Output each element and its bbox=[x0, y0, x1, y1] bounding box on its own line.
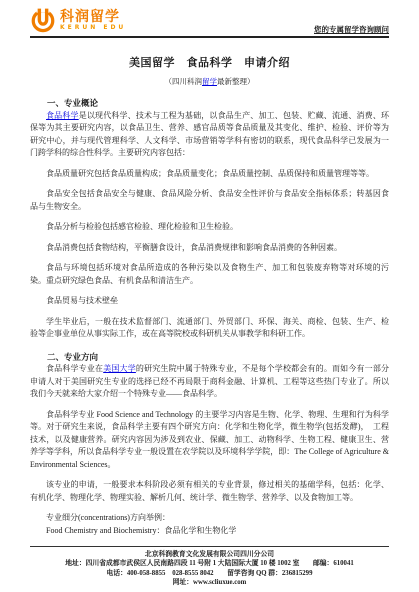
inline-link[interactable]: 食品科学 bbox=[46, 111, 79, 120]
body-paragraph: Food Chemistry and Biochemistry：食品化学和生物化… bbox=[30, 525, 389, 538]
page-title: 美国留学 食品科学 申请介绍 bbox=[30, 54, 389, 70]
body-paragraph: 食品贸易与技术壁垒 bbox=[30, 295, 389, 308]
subtitle-suffix: 最新整理） bbox=[217, 77, 255, 86]
footer-website: 网址：www.scliuxue.com bbox=[30, 578, 389, 587]
body-paragraph: 专业细分(concentrations)方向举例： bbox=[30, 512, 389, 525]
brand-name-en: KERUN EDU bbox=[60, 25, 126, 31]
body-paragraph: 该专业的申请，一般要求本科阶段必须有相关的专业背景，修过相关的基础学科，包括：化… bbox=[30, 479, 389, 504]
page-footer: 北京科润教育文化发展有限公司四川分公司 地址：四川省成都市武侯区人民南路四段 1… bbox=[30, 546, 389, 587]
body-paragraph: 食品科学是以现代科学、技术与工程为基础，以食品生产、加工、包装、贮藏、流通、消费… bbox=[30, 110, 389, 160]
body-paragraph: 学生毕业后，一般在技术监督部门、流通部门、外贸部门、环保、海关、商检、包装、生产… bbox=[30, 316, 389, 341]
footer-address: 地址：四川省成都市武侯区人民南路四段 11 号附 1 大陆国际大厦 10 楼 1… bbox=[30, 559, 389, 568]
inline-link[interactable]: 美国大学 bbox=[103, 364, 136, 373]
subtitle-liuxue-link[interactable]: 留学 bbox=[202, 77, 217, 86]
section-heading: 一、专业概论 bbox=[30, 97, 389, 110]
page-header: 科润留学 KERUN EDU 您的专属留学咨询顾问 bbox=[30, 0, 389, 38]
body-paragraph: 食品消费包括食物结构，平衡膳食设计，食品消费规律和影响食品消费的各种因素。 bbox=[30, 242, 389, 255]
body-paragraph: 食品质量研究包括食品质量构成；食品质量变化；食品质量控制、品质保持和质量管理等等… bbox=[30, 168, 389, 181]
kerun-logo-icon bbox=[30, 7, 56, 33]
header-tagline: 您的专属留学咨询顾问 bbox=[314, 24, 389, 35]
section-heading: 二、专业方向 bbox=[30, 351, 389, 364]
subtitle-prefix: （四川科润 bbox=[165, 77, 203, 86]
footer-company: 北京科润教育文化发展有限公司四川分公司 bbox=[30, 550, 389, 559]
body-paragraph: 食品安全包括食品安全与健康、食品风险分析、食品安全性评价与食品安全指标体系；转基… bbox=[30, 188, 389, 213]
brand-name-cn: 科润留学 bbox=[60, 10, 126, 24]
body-paragraph: 食品与环境包括环境对食品所造成的各种污染以及食物生产、加工和包装废弃物等对环境的… bbox=[30, 262, 389, 287]
footer-phone: 电话：400-058-8855 028-8555 8042 留学咨询 QQ 群：… bbox=[30, 569, 389, 578]
body-paragraph: 食品分析与检验包括感官检验、理化检验和卫生检验。 bbox=[30, 221, 389, 234]
document-page: 科润留学 KERUN EDU 您的专属留学咨询顾问 美国留学 食品科学 申请介绍… bbox=[0, 0, 419, 592]
subtitle: （四川科润留学最新整理） bbox=[30, 76, 389, 87]
body-paragraph: 食品科学专业 Food Science and Technology 的主要学习… bbox=[30, 409, 389, 472]
brand-text: 科润留学 KERUN EDU bbox=[60, 10, 126, 31]
body-paragraph: 食品科学专业在美国大学的研究生院中属于特殊专业，不是每个学校都会有的。而如今有一… bbox=[30, 363, 389, 401]
document-body: 一、专业概论食品科学是以现代科学、技术与工程为基础，以食品生产、加工、包装、贮藏… bbox=[30, 97, 389, 537]
